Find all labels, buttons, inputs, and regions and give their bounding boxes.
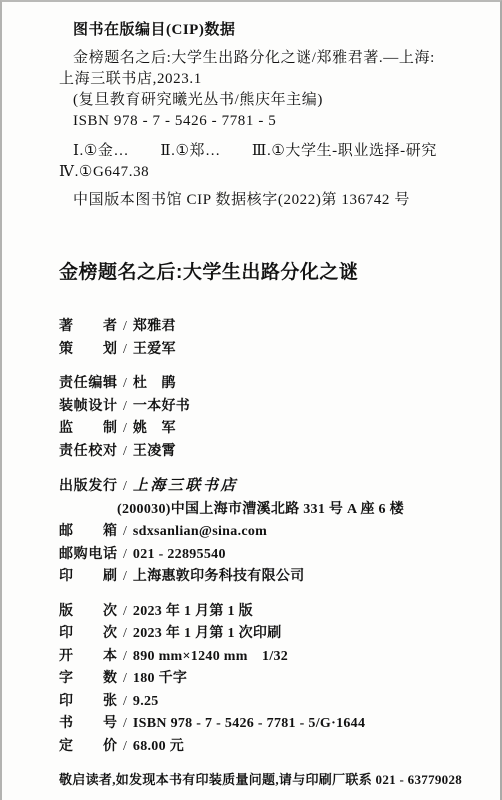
author-value: 郑雅君 bbox=[133, 316, 176, 339]
label-value-separator: / bbox=[117, 476, 133, 499]
field-label: 书 号 bbox=[59, 713, 117, 736]
label-value-separator: / bbox=[117, 736, 133, 759]
colophon-row-format: 开 本/890 mm×1240 mm 1/32 bbox=[59, 646, 474, 669]
cip-classification-line2: Ⅳ.①G647.38 bbox=[59, 162, 474, 183]
colophon-row-word-count: 字 数/180 千字 bbox=[59, 668, 474, 691]
colophon-row-supervisor: 监 制/姚 军 bbox=[59, 418, 474, 441]
publisher-address: (200030)中国上海市漕溪北路 331 号 A 座 6 楼 bbox=[59, 499, 474, 522]
cip-series-line: (复旦教育研究曦光丛书/熊庆年主编) bbox=[59, 90, 474, 111]
cip-registry-line: 中国版本图书馆 CIP 数据核字(2022)第 136742 号 bbox=[59, 190, 474, 211]
label-value-separator: / bbox=[117, 418, 133, 441]
book-title: 金榜题名之后:大学生出路分化之谜 bbox=[59, 259, 474, 286]
proofreader-value: 王凌霄 bbox=[133, 441, 176, 464]
colophon-row-planner: 策 划/王爱军 bbox=[59, 339, 474, 362]
format-value: 890 mm×1240 mm 1/32 bbox=[133, 646, 288, 669]
field-label: 监 制 bbox=[59, 418, 117, 441]
field-label: 著 者 bbox=[59, 316, 117, 339]
cip-header: 图书在版编目(CIP)数据 bbox=[59, 20, 474, 41]
label-value-separator: / bbox=[117, 601, 133, 624]
field-label: 开 本 bbox=[59, 646, 117, 669]
colophon-row-order-phone: 邮购电话/021 - 22895540 bbox=[59, 544, 474, 567]
isbn-value: ISBN 978 - 7 - 5426 - 7781 - 5/G·1644 bbox=[133, 713, 365, 736]
colophon-row-design: 装帧设计/一本好书 bbox=[59, 396, 474, 419]
colophon-row-sheets: 印 张/9.25 bbox=[59, 691, 474, 714]
label-value-separator: / bbox=[117, 316, 133, 339]
label-value-separator: / bbox=[117, 441, 133, 464]
credits-group-editorial: 责任编辑/杜 鹃 装帧设计/一本好书 监 制/姚 军 责任校对/王凌霄 bbox=[59, 373, 474, 463]
edition-value: 2023 年 1 月第 1 版 bbox=[133, 601, 253, 624]
planner-value: 王爱军 bbox=[133, 339, 176, 362]
field-label: 印 刷 bbox=[59, 566, 117, 589]
field-label: 责任编辑 bbox=[59, 373, 117, 396]
credits-group-publisher: 出版发行/上海三联书店 (200030)中国上海市漕溪北路 331 号 A 座 … bbox=[59, 475, 474, 589]
price-value: 68.00 元 bbox=[133, 736, 184, 759]
sheets-value: 9.25 bbox=[133, 691, 159, 714]
colophon-row-printer: 印 刷/上海惠敦印务科技有限公司 bbox=[59, 566, 474, 589]
credits-group-edition: 版 次/2023 年 1 月第 1 版 印 次/2023 年 1 月第 1 次印… bbox=[59, 601, 474, 759]
field-label: 版 次 bbox=[59, 601, 117, 624]
colophon-row-editor: 责任编辑/杜 鹃 bbox=[59, 373, 474, 396]
label-value-separator: / bbox=[117, 646, 133, 669]
printer-value: 上海惠敦印务科技有限公司 bbox=[133, 566, 305, 589]
design-value: 一本好书 bbox=[133, 396, 190, 419]
cip-record-line1: 金榜题名之后:大学生出路分化之谜/郑雅君著.—上海: bbox=[59, 48, 474, 69]
email-value: sdxsanlian@sina.com bbox=[133, 521, 267, 544]
label-value-separator: / bbox=[117, 521, 133, 544]
field-label: 邮 箱 bbox=[59, 521, 117, 544]
field-label: 策 划 bbox=[59, 339, 117, 362]
cip-record-line2: 上海三联书店,2023.1 bbox=[59, 69, 474, 90]
cip-isbn-line: ISBN 978 - 7 - 5426 - 7781 - 5 bbox=[59, 111, 474, 132]
field-label: 邮购电话 bbox=[59, 544, 117, 567]
publisher-name: 上海三联书店 bbox=[133, 475, 238, 498]
field-label: 装帧设计 bbox=[59, 396, 117, 419]
colophon-row-publisher: 出版发行/上海三联书店 bbox=[59, 475, 474, 499]
credits-group-author: 著 者/郑雅君 策 划/王爱军 bbox=[59, 316, 474, 361]
colophon-row-isbn: 书 号/ISBN 978 - 7 - 5426 - 7781 - 5/G·164… bbox=[59, 713, 474, 736]
colophon-row-proofreader: 责任校对/王凌霄 bbox=[59, 441, 474, 464]
field-label: 印 次 bbox=[59, 623, 117, 646]
colophon-row-printing: 印 次/2023 年 1 月第 1 次印刷 bbox=[59, 623, 474, 646]
field-label: 字 数 bbox=[59, 668, 117, 691]
colophon-row-edition: 版 次/2023 年 1 月第 1 版 bbox=[59, 601, 474, 624]
field-label: 出版发行 bbox=[59, 476, 117, 499]
printing-value: 2023 年 1 月第 1 次印刷 bbox=[133, 623, 282, 646]
label-value-separator: / bbox=[117, 339, 133, 362]
label-value-separator: / bbox=[117, 691, 133, 714]
label-value-separator: / bbox=[117, 396, 133, 419]
label-value-separator: / bbox=[117, 544, 133, 567]
label-value-separator: / bbox=[117, 713, 133, 736]
copyright-page: 图书在版编目(CIP)数据 金榜题名之后:大学生出路分化之谜/郑雅君著.—上海:… bbox=[0, 0, 502, 800]
supervisor-value: 姚 军 bbox=[133, 418, 176, 441]
order-phone-value: 021 - 22895540 bbox=[133, 544, 226, 567]
label-value-separator: / bbox=[117, 668, 133, 691]
colophon-row-author: 著 者/郑雅君 bbox=[59, 316, 474, 339]
cip-classification-line1: Ⅰ.①金… Ⅱ.①郑… Ⅲ.①大学生-职业选择-研究 bbox=[59, 141, 474, 162]
field-label: 责任校对 bbox=[59, 441, 117, 464]
reader-quality-notice: 敬启读者,如发现本书有印装质量问题,请与印刷厂联系 021 - 63779028 bbox=[59, 770, 474, 790]
label-value-separator: / bbox=[117, 566, 133, 589]
label-value-separator: / bbox=[117, 623, 133, 646]
cip-data-block: 图书在版编目(CIP)数据 金榜题名之后:大学生出路分化之谜/郑雅君著.—上海:… bbox=[59, 20, 474, 211]
editor-value: 杜 鹃 bbox=[133, 373, 176, 396]
word-count-value: 180 千字 bbox=[133, 668, 187, 691]
colophon-row-email: 邮 箱/sdxsanlian@sina.com bbox=[59, 521, 474, 544]
field-label: 印 张 bbox=[59, 691, 117, 714]
label-value-separator: / bbox=[117, 373, 133, 396]
colophon-row-price: 定 价/68.00 元 bbox=[59, 736, 474, 759]
field-label: 定 价 bbox=[59, 736, 117, 759]
colophon: 著 者/郑雅君 策 划/王爱军 责任编辑/杜 鹃 装帧设计/一本好书 监 制/姚… bbox=[59, 316, 474, 790]
